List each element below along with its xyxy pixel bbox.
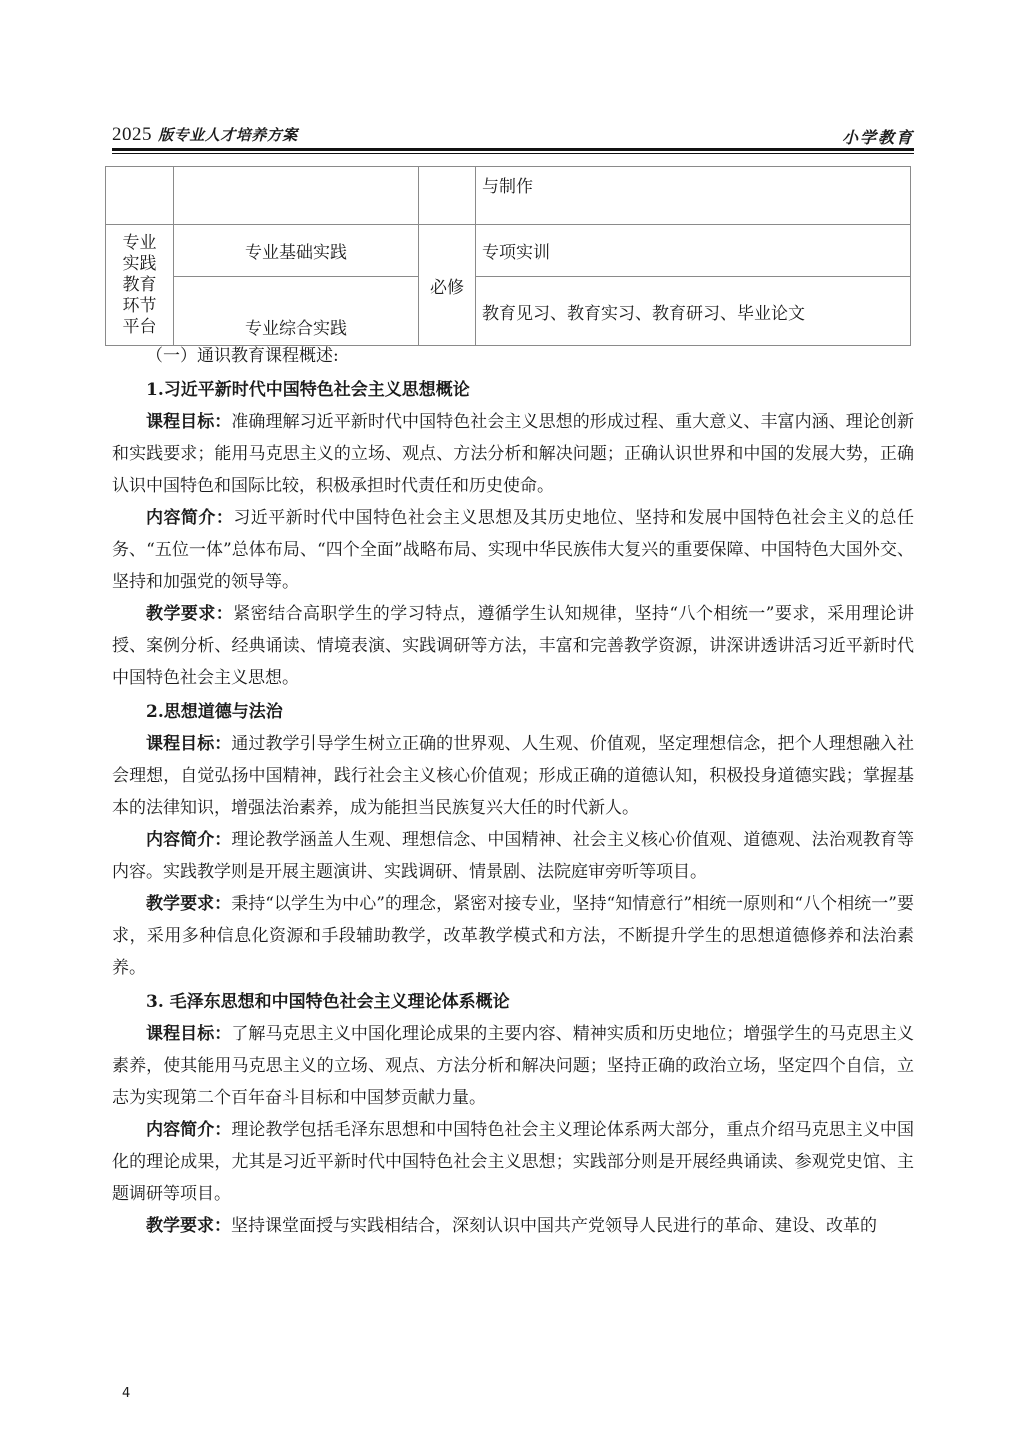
table-cell: 专业基础实践 <box>174 225 419 277</box>
curriculum-table: 与制作 专业实践教育环节平台 专业基础实践 必修 专项实训 专业综合实践 教育见… <box>105 166 911 346</box>
course-goal: 课程目标：通过教学引导学生树立正确的世界观、人生观、价值观，坚定理想信念，把个人… <box>112 728 914 824</box>
course-requirement: 教学要求：秉持“以学生为中心”的理念，紧密对接专业，坚持“知情意行”相统一原则和… <box>112 888 914 984</box>
header-title: 版专业人才培养方案 <box>158 126 298 144</box>
course-requirement: 教学要求：紧密结合高职学生的学习特点，遵循学生认知规律，坚持“八个相统一”要求，… <box>112 598 914 694</box>
table-row: 专业综合实践 教育见习、教育实习、教育研习、毕业论文 <box>106 277 911 346</box>
course-title: 3. 毛泽东思想和中国特色社会主义理论体系概论 <box>112 986 914 1018</box>
table-cell: 专业综合实践 <box>174 277 419 346</box>
table-row: 专业实践教育环节平台 专业基础实践 必修 专项实训 <box>106 225 911 277</box>
table-cell <box>174 167 419 225</box>
header-rule-thick <box>112 148 914 151</box>
header-major: 小学教育 <box>842 125 914 148</box>
table-cell <box>419 167 476 225</box>
table-cell: 专项实训 <box>476 225 911 277</box>
course-content: 内容简介：理论教学涵盖人生观、理想信念、中国精神、社会主义核心价值观、道德观、法… <box>112 824 914 888</box>
course-title: 1.习近平新时代中国特色社会主义思想概论 <box>112 374 914 406</box>
header-year: 2025 <box>112 124 152 145</box>
course-content: 内容简介：习近平新时代中国特色社会主义思想及其历史地位、坚持和发展中国特色社会主… <box>112 502 914 598</box>
table-cell <box>106 167 174 225</box>
table-cell: 与制作 <box>476 167 911 225</box>
course-title: 2.思想道德与法治 <box>112 696 914 728</box>
table-row: 与制作 <box>106 167 911 225</box>
page-number: 4 <box>122 1386 130 1401</box>
section-title: （一）通识教育课程概述: <box>112 340 914 372</box>
table-cell: 教育见习、教育实习、教育研习、毕业论文 <box>476 277 911 346</box>
platform-cell: 专业实践教育环节平台 <box>106 225 174 346</box>
header-doc-title: 2025 版专业人才培养方案 <box>112 124 298 146</box>
required-cell: 必修 <box>419 225 476 346</box>
platform-label: 专业实践教育环节平台 <box>120 233 160 338</box>
course-goal: 课程目标：准确理解习近平新时代中国特色社会主义思想的形成过程、重大意义、丰富内涵… <box>112 406 914 502</box>
course-content: 内容简介：理论教学包括毛泽东思想和中国特色社会主义理论体系两大部分，重点介绍马克… <box>112 1114 914 1210</box>
course-goal: 课程目标：了解马克思主义中国化理论成果的主要内容、精神实质和历史地位；增强学生的… <box>112 1018 914 1114</box>
header-rule-thin <box>112 153 914 154</box>
course-requirement: 教学要求：坚持课堂面授与实践相结合，深刻认识中国共产党领导人民进行的革命、建设、… <box>112 1210 914 1242</box>
document-body: （一）通识教育课程概述: 1.习近平新时代中国特色社会主义思想概论 课程目标：准… <box>112 340 914 1242</box>
page-header: 2025 版专业人才培养方案 小学教育 <box>112 124 914 148</box>
